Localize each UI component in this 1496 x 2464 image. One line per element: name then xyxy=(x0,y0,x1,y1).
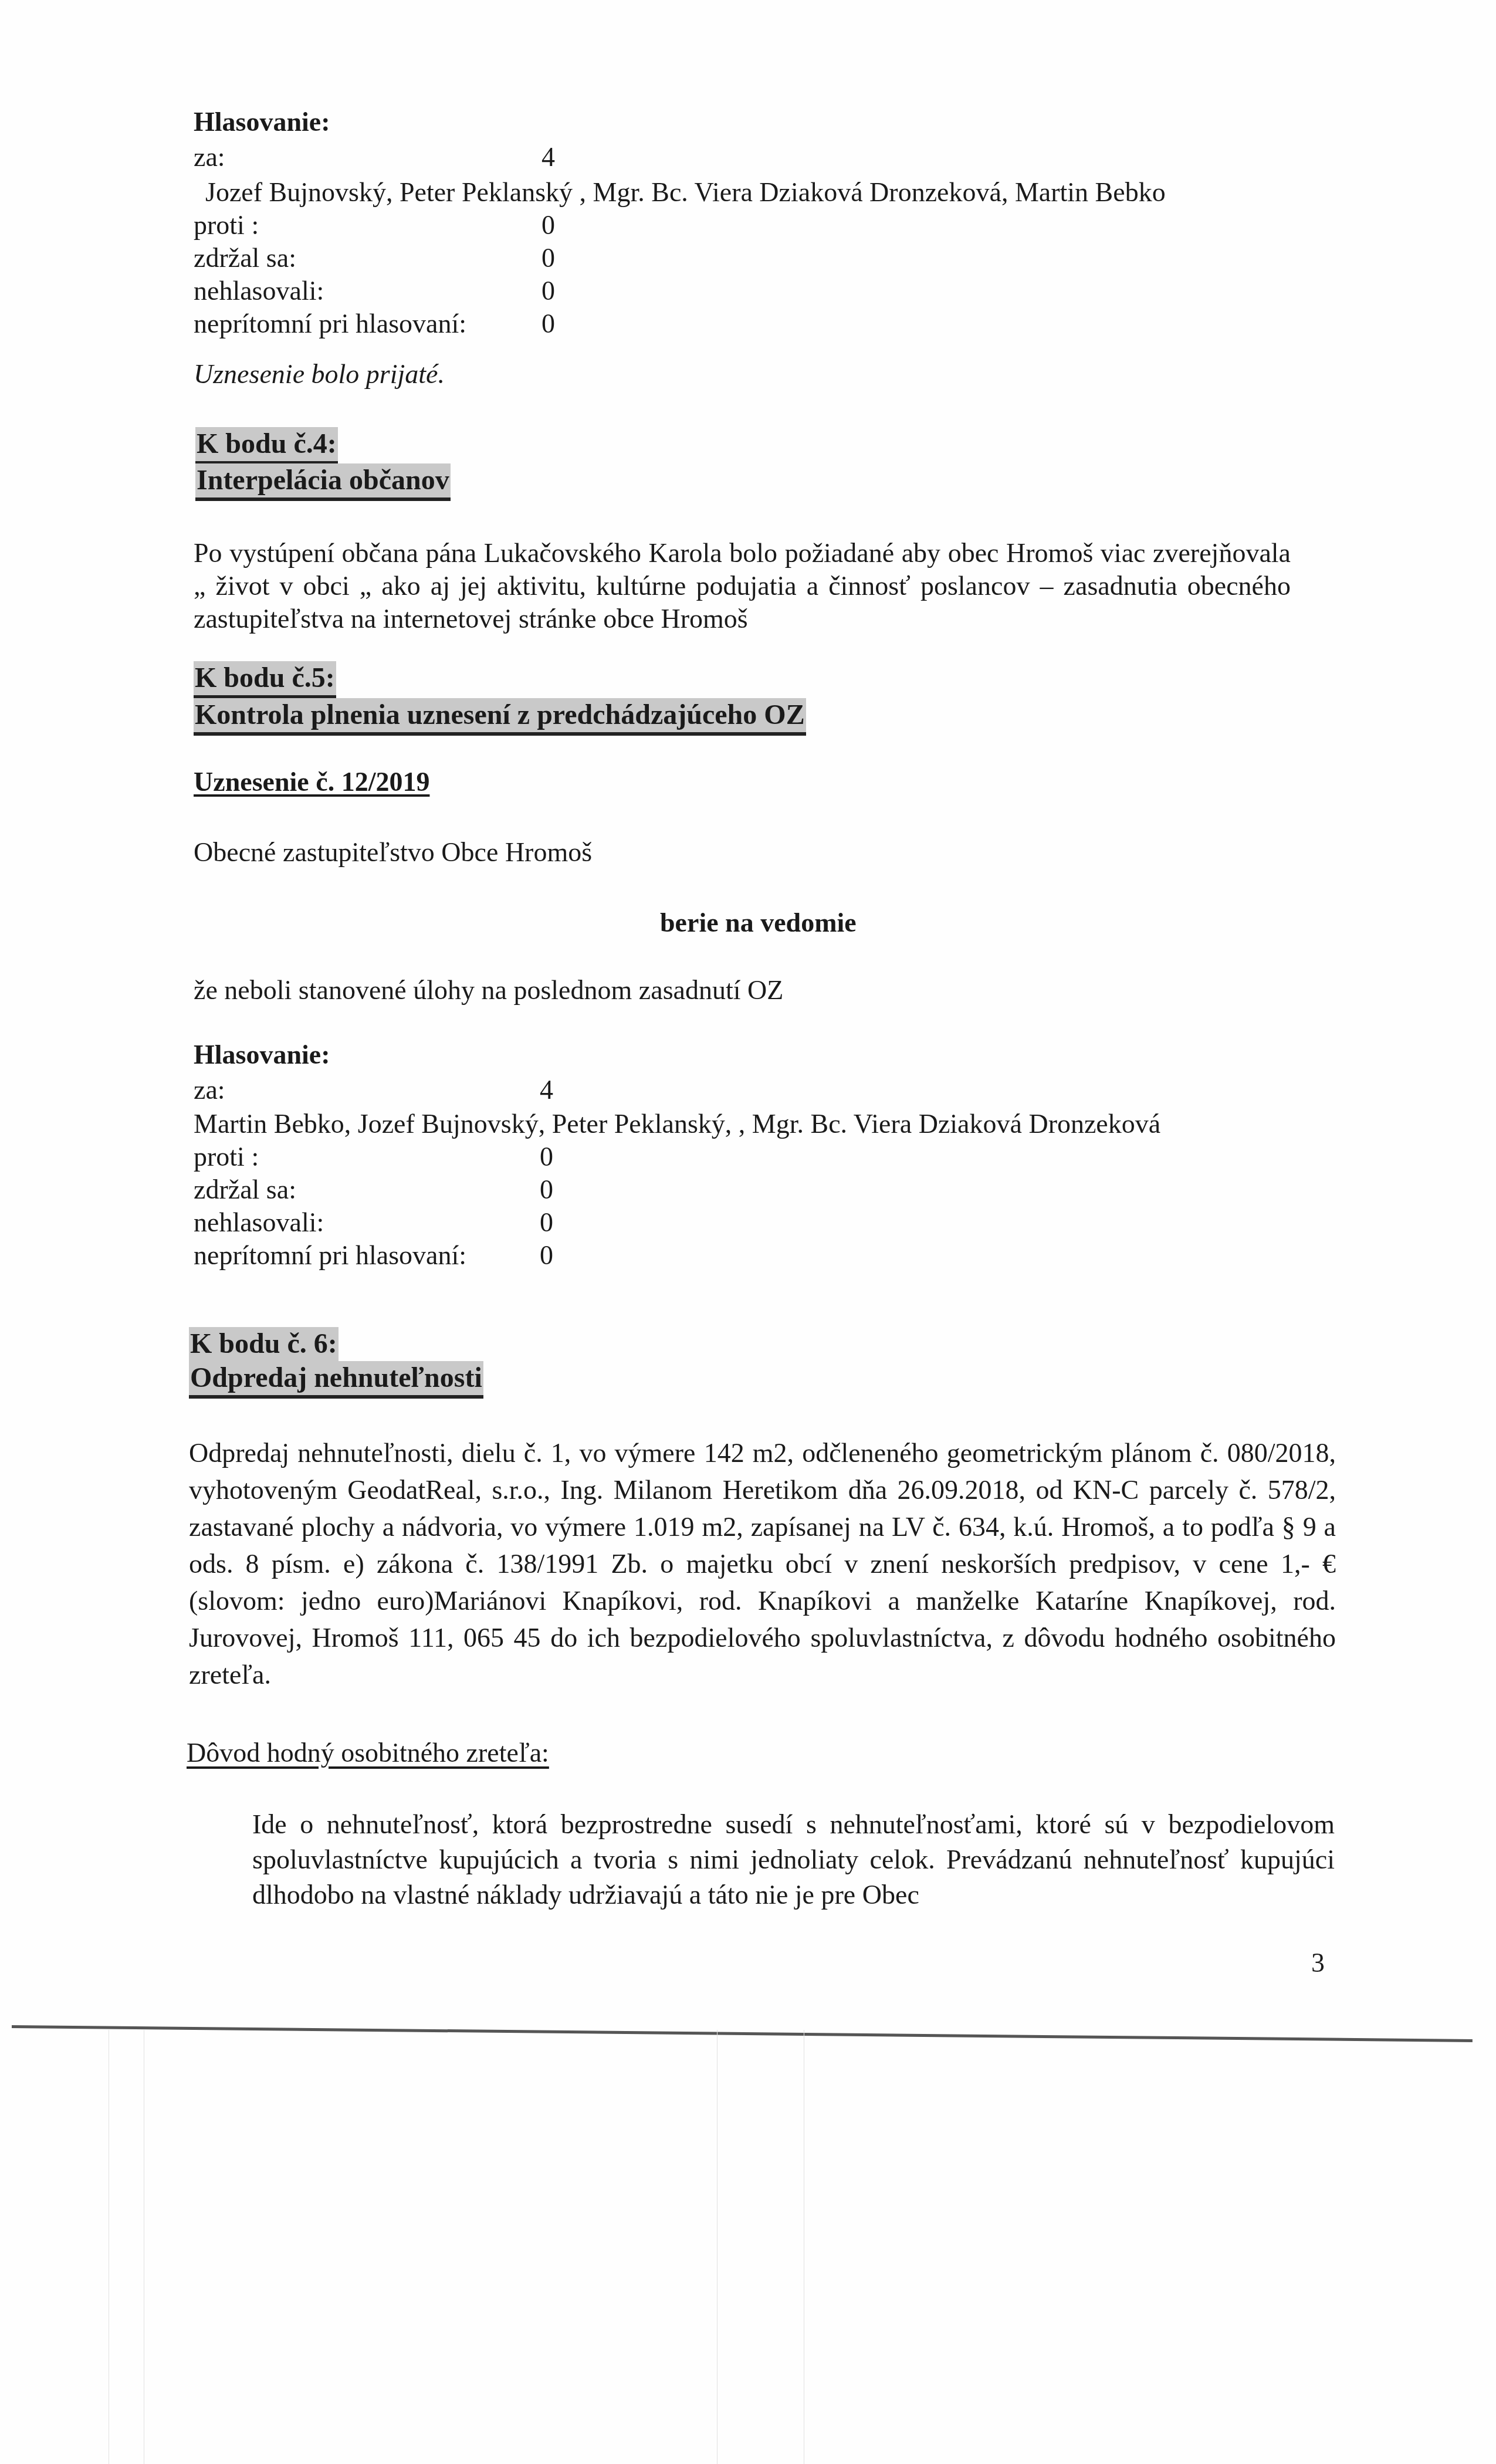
resolution-number: Uznesenie č. 12/2019 xyxy=(194,766,429,798)
resolution-result: Uznesenie bolo prijaté. xyxy=(194,358,445,391)
vote-value: 0 xyxy=(540,1239,553,1272)
vote-label: neprítomní pri hlasovaní: xyxy=(194,307,466,340)
scan-guide-line xyxy=(144,2030,144,2464)
vote-value: 0 xyxy=(540,1140,553,1173)
vote-for-names: Martin Bebko, Jozef Bujnovský, Peter Pek… xyxy=(194,1108,1160,1140)
vote-heading: Hlasovanie: xyxy=(194,1038,330,1071)
scan-edge-line xyxy=(12,2025,1473,2042)
section-6-body: Odpredaj nehnuteľnosti, dielu č. 1, vo v… xyxy=(189,1434,1336,1693)
vote-value: 4 xyxy=(540,1074,553,1106)
vote-label: zdržal sa: xyxy=(194,1173,296,1206)
vote-label: nehlasovali: xyxy=(194,275,324,307)
section-4-title: Interpelácia občanov xyxy=(195,463,451,501)
reason-body: Ide o nehnuteľnosť, ktorá bezprostredne … xyxy=(252,1807,1335,1913)
section-5-title: Kontrola plnenia uznesení z predchádzajú… xyxy=(194,698,806,736)
vote-value: 4 xyxy=(541,141,555,174)
section-6-point: K bodu č. 6: xyxy=(189,1327,339,1365)
vote-label: za: xyxy=(194,141,225,174)
section-4-point: K bodu č.4: xyxy=(195,427,338,465)
vote-value: 0 xyxy=(541,275,555,307)
section-6-title: Odpredaj nehnuteľnosti xyxy=(189,1361,483,1399)
council-name: Obecné zastupiteľstvo Obce Hromoš xyxy=(194,836,592,869)
vote-label: proti : xyxy=(194,1140,259,1173)
vote-value: 0 xyxy=(541,209,555,242)
section-point-label: K bodu č. 6: xyxy=(189,1327,339,1365)
vote-value: 0 xyxy=(541,307,555,340)
vote-value: 0 xyxy=(540,1206,553,1239)
vote-label: za: xyxy=(194,1074,225,1106)
vote-value: 0 xyxy=(541,242,555,275)
resolution-statement: že neboli stanovené úlohy na poslednom z… xyxy=(194,974,783,1007)
scan-guide-line xyxy=(109,2030,109,2464)
section-title-label: Interpelácia občanov xyxy=(195,463,451,501)
vote-heading: Hlasovanie: xyxy=(194,106,330,138)
reason-heading: Dôvod hodný osobitného zreteľa: xyxy=(187,1737,549,1769)
vote-label: neprítomní pri hlasovaní: xyxy=(194,1239,466,1272)
vote-for-names: Jozef Bujnovský, Peter Peklanský , Mgr. … xyxy=(205,176,1166,209)
section-title-label: Odpredaj nehnuteľnosti xyxy=(189,1361,483,1399)
section-point-label: K bodu č.5: xyxy=(194,661,336,699)
section-point-label: K bodu č.4: xyxy=(195,427,338,465)
section-5-point: K bodu č.5: xyxy=(194,661,336,699)
page-number: 3 xyxy=(1311,1947,1325,1979)
vote-label: proti : xyxy=(194,209,259,242)
section-4-body: Po vystúpení občana pána Lukačovského Ka… xyxy=(194,537,1291,635)
vote-label: zdržal sa: xyxy=(194,242,296,275)
scan-guide-line xyxy=(804,2030,804,2464)
vote-label: nehlasovali: xyxy=(194,1206,324,1239)
document-page: Hlasovanie: za: 4 Jozef Bujnovský, Peter… xyxy=(0,0,1496,2464)
section-title-label: Kontrola plnenia uznesení z predchádzajú… xyxy=(194,698,806,736)
vote-value: 0 xyxy=(540,1173,553,1206)
scan-guide-line xyxy=(717,2030,717,2464)
resolution-verb: berie na vedomie xyxy=(660,906,857,939)
